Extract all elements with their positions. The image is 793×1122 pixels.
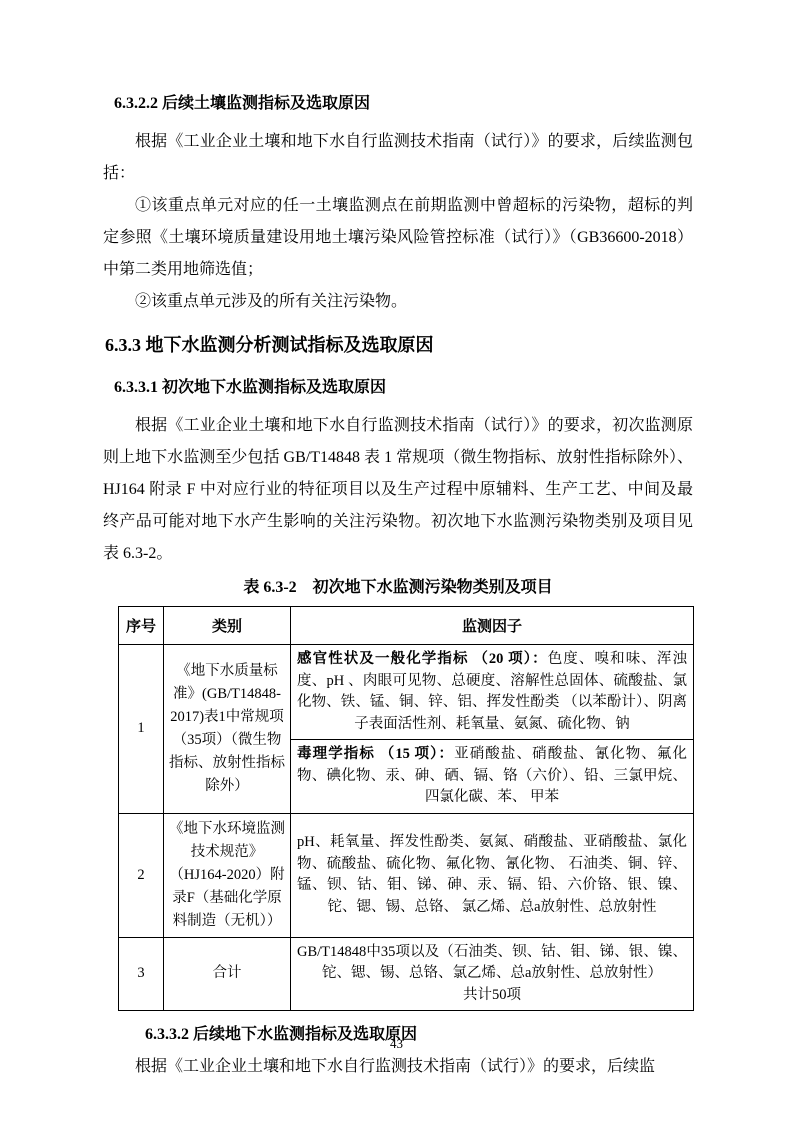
heading-6-3-3: 6.3.3 地下水监测分析测试指标及选取原因 [105, 332, 693, 358]
row2-category: 《地下水环境监测技术规范》（HJ164-2020）附录F（基础化学原料制造（无机… [164, 813, 291, 937]
page-number: 43 [0, 1036, 793, 1052]
table-row-3: 3 合计 GB/T14848中35项以及（石油类、钡、钴、钼、锑、银、镍、铊、锶… [119, 937, 694, 1011]
row3-factors: GB/T14848中35项以及（石油类、钡、钴、钼、锑、银、镍、铊、锶、锡、总铬… [291, 937, 694, 1011]
paragraph-followup-soil-item2: ②该重点单元涉及的所有关注污染物。 [103, 286, 693, 318]
header-serial-number: 序号 [119, 607, 164, 645]
row1-serial: 1 [119, 645, 164, 814]
table-header-row: 序号 类别 监测因子 [119, 607, 694, 645]
row3-factors-list: GB/T14848中35项以及（石油类、钡、钴、钼、锑、银、镍、铊、锶、锡、总铬… [297, 942, 687, 985]
row2-factors: pH、耗氧量、挥发性酚类、氨氮、硝酸盐、亚硝酸盐、氯化物、硫酸盐、硫化物、氟化物… [291, 813, 694, 937]
paragraph-initial-groundwater: 根据《工业企业土壤和地下水自行监测技术指南（试行）》的要求，初次监测原则上地下水… [103, 410, 693, 570]
header-monitoring-factor: 监测因子 [291, 607, 694, 645]
row1-category: 《地下水质量标准》(GB/T14848-2017)表1中常规项（35项）（微生物… [164, 645, 291, 814]
table-row-1a: 1 《地下水质量标准》(GB/T14848-2017)表1中常规项（35项）（微… [119, 645, 694, 740]
toxicology-indicator-label: 毒理学指标 （15 项）： [297, 746, 454, 762]
monitoring-factors-table: 序号 类别 监测因子 1 《地下水质量标准》(GB/T14848-2017)表1… [118, 606, 694, 1011]
heading-6-3-2-2: 6.3.2.2 后续土壤监测指标及选取原因 [114, 92, 693, 116]
heading-6-3-3-1: 6.3.3.1 初次地下水监测指标及选取原因 [114, 376, 693, 400]
row1-factors-sensory: 感官性状及一般化学指标 （20 项）：色度、嗅和味、浑浊度、pH 、肉眼可见物、… [291, 645, 694, 740]
row3-serial: 3 [119, 937, 164, 1011]
row3-category: 合计 [164, 937, 291, 1011]
row1-factors-toxicology: 毒理学指标 （15 项）：亚硝酸盐、硝酸盐、氰化物、氟化物、碘化物、汞、砷、硒、… [291, 740, 694, 814]
table-caption: 表 6.3-2 初次地下水监测污染物类别及项目 [103, 576, 693, 600]
paragraph-followup-groundwater: 根据《工业企业土壤和地下水自行监测技术指南（试行）》的要求，后续监 [103, 1051, 693, 1083]
paragraph-followup-soil-intro: 根据《工业企业土壤和地下水自行监测技术指南（试行）》的要求，后续监测包括： [103, 126, 693, 190]
row3-factors-total: 共计50项 [297, 985, 687, 1007]
table-row-2: 2 《地下水环境监测技术规范》（HJ164-2020）附录F（基础化学原料制造（… [119, 813, 694, 937]
paragraph-followup-soil-item1: ①该重点单元对应的任一土壤监测点在前期监测中曾超标的污染物，超标的判定参照《土壤… [103, 190, 693, 286]
row2-serial: 2 [119, 813, 164, 937]
sensory-indicator-label: 感官性状及一般化学指标 （20 项）： [297, 651, 548, 667]
document-page: 6.3.2.2 后续土壤监测指标及选取原因 根据《工业企业土壤和地下水自行监测技… [0, 0, 793, 1122]
header-category: 类别 [164, 607, 291, 645]
